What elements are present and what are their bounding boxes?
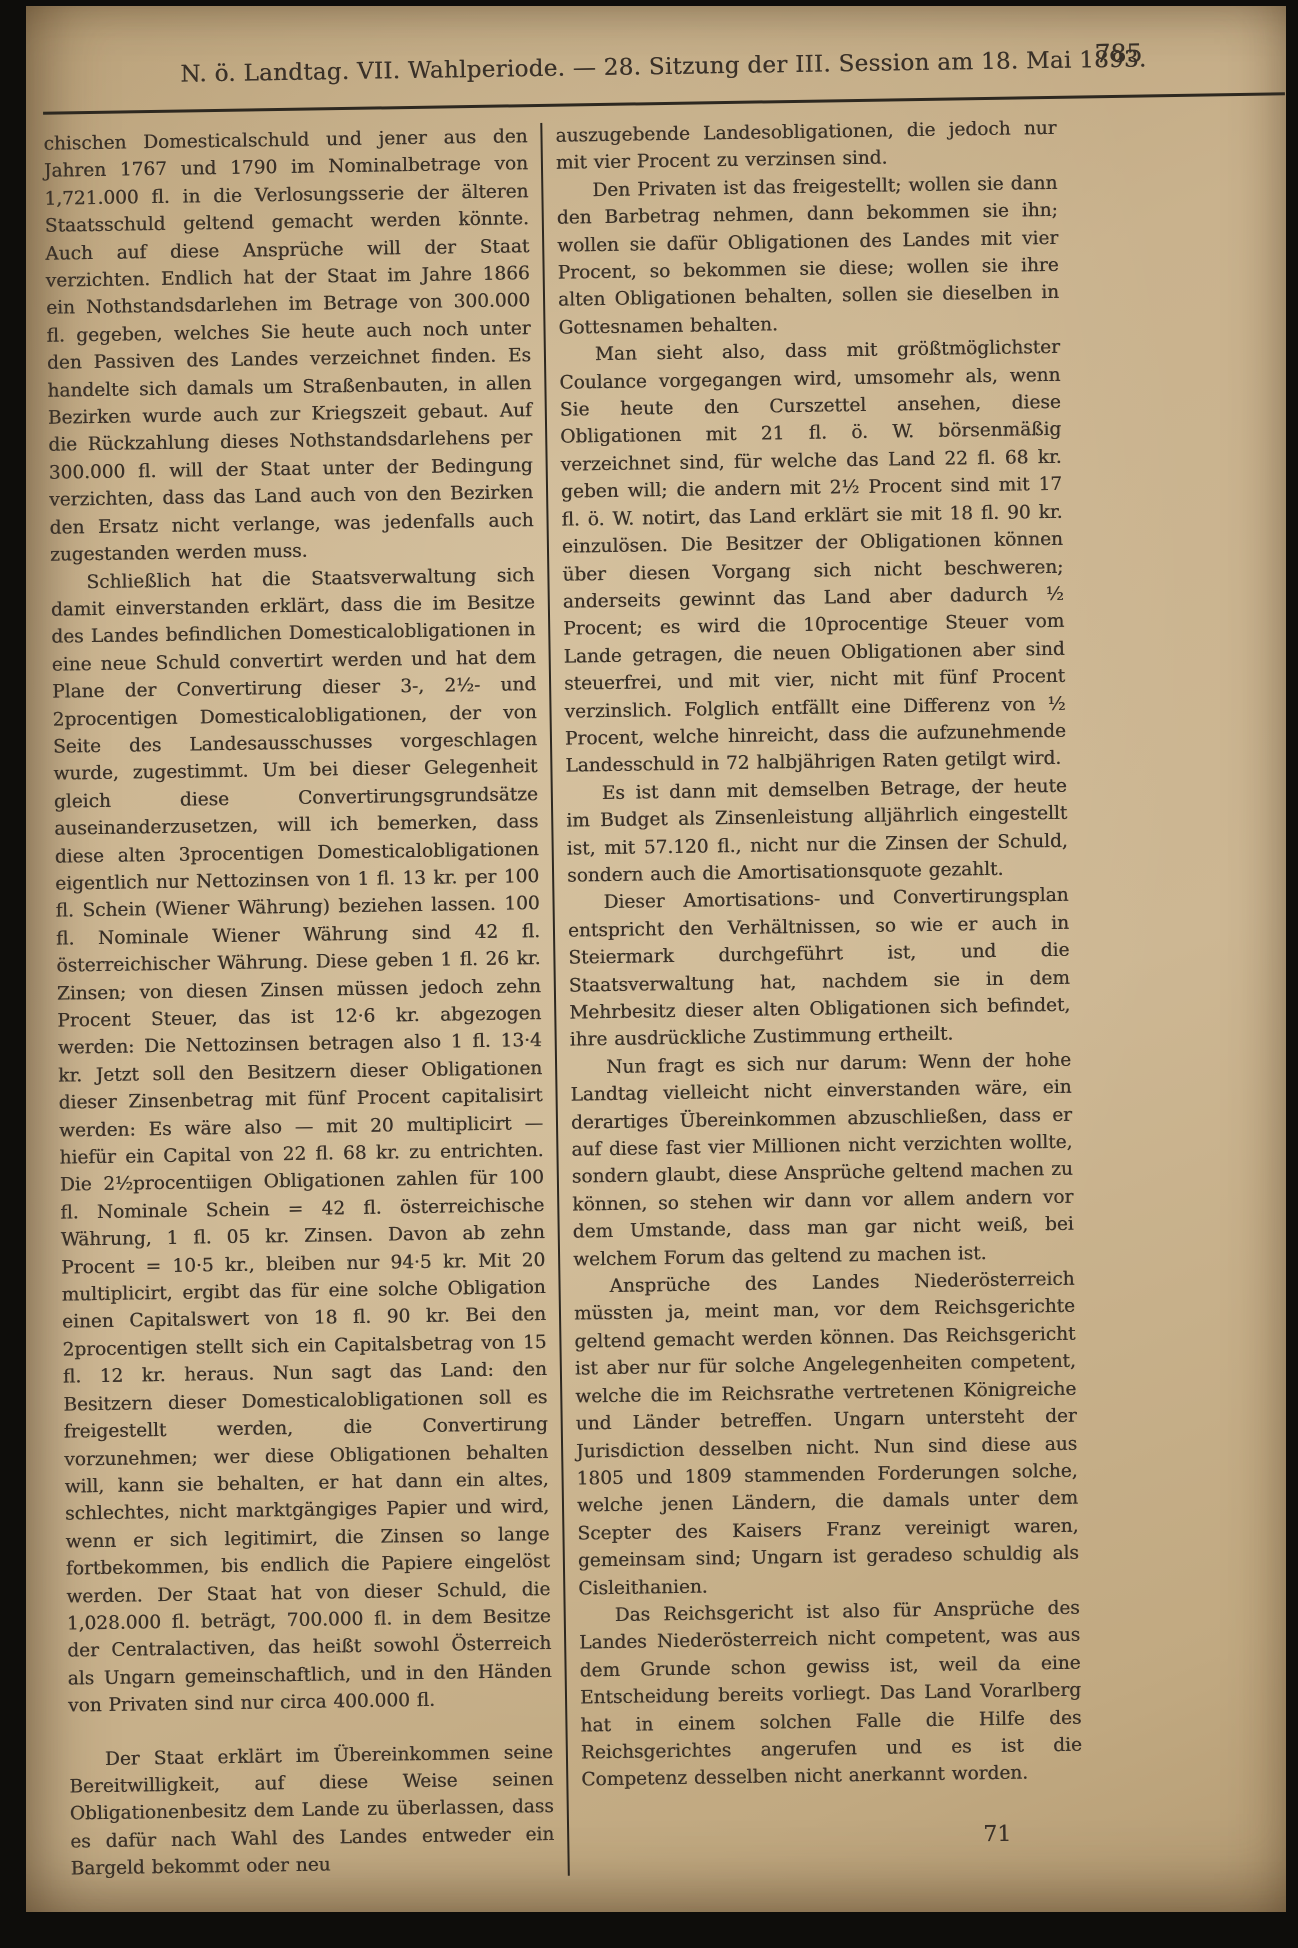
page-header: N. ö. Landtag. VII. Wahlperiode. — 28. S…	[42, 30, 1285, 104]
page-number: 785	[1094, 38, 1142, 68]
paragraph: Das Reichsgericht ist also für Ansprüche…	[579, 1595, 1083, 1795]
signature-number: 71	[582, 1820, 1083, 1853]
paragraph: Schließlich hat die Staatsverwaltung sic…	[50, 562, 552, 1721]
scan-background: N. ö. Landtag. VII. Wahlperiode. — 28. S…	[0, 0, 1298, 1948]
paragraph: Es ist dann mit demselben Betrage, der h…	[566, 773, 1069, 890]
paragraph: Ansprüche des Landes Niederösterreich mü…	[573, 1266, 1079, 1603]
paragraph: auszugebende Landesobligationen, die jed…	[555, 115, 1057, 178]
left-column: chischen Domesticalschuld und jener aus …	[43, 123, 567, 1883]
text-columns: chischen Domesticalschuld und jener aus …	[43, 111, 1286, 1883]
document-page: N. ö. Landtag. VII. Wahlperiode. — 28. S…	[26, 6, 1286, 1912]
paragraph: chischen Domesticalschuld und jener aus …	[43, 123, 534, 569]
paragraph: Man sieht also, dass mit größtmöglichste…	[559, 334, 1067, 780]
paragraph: Dieser Amortisations- und Convertirungsp…	[567, 882, 1071, 1054]
paragraph: Der Staat erklärt im Übereinkommen seine…	[69, 1739, 555, 1884]
right-column-text: auszugebende Landesobligationen, die jed…	[555, 115, 1082, 1794]
right-column: auszugebende Landesobligationen, die jed…	[542, 115, 1083, 1875]
paragraph: Nun fragt es sich nur darum: Wenn der ho…	[570, 1047, 1074, 1274]
page-content: N. ö. Landtag. VII. Wahlperiode. — 28. S…	[42, 30, 1286, 1883]
paragraph: Den Privaten ist das freigestellt; wolle…	[556, 170, 1060, 342]
